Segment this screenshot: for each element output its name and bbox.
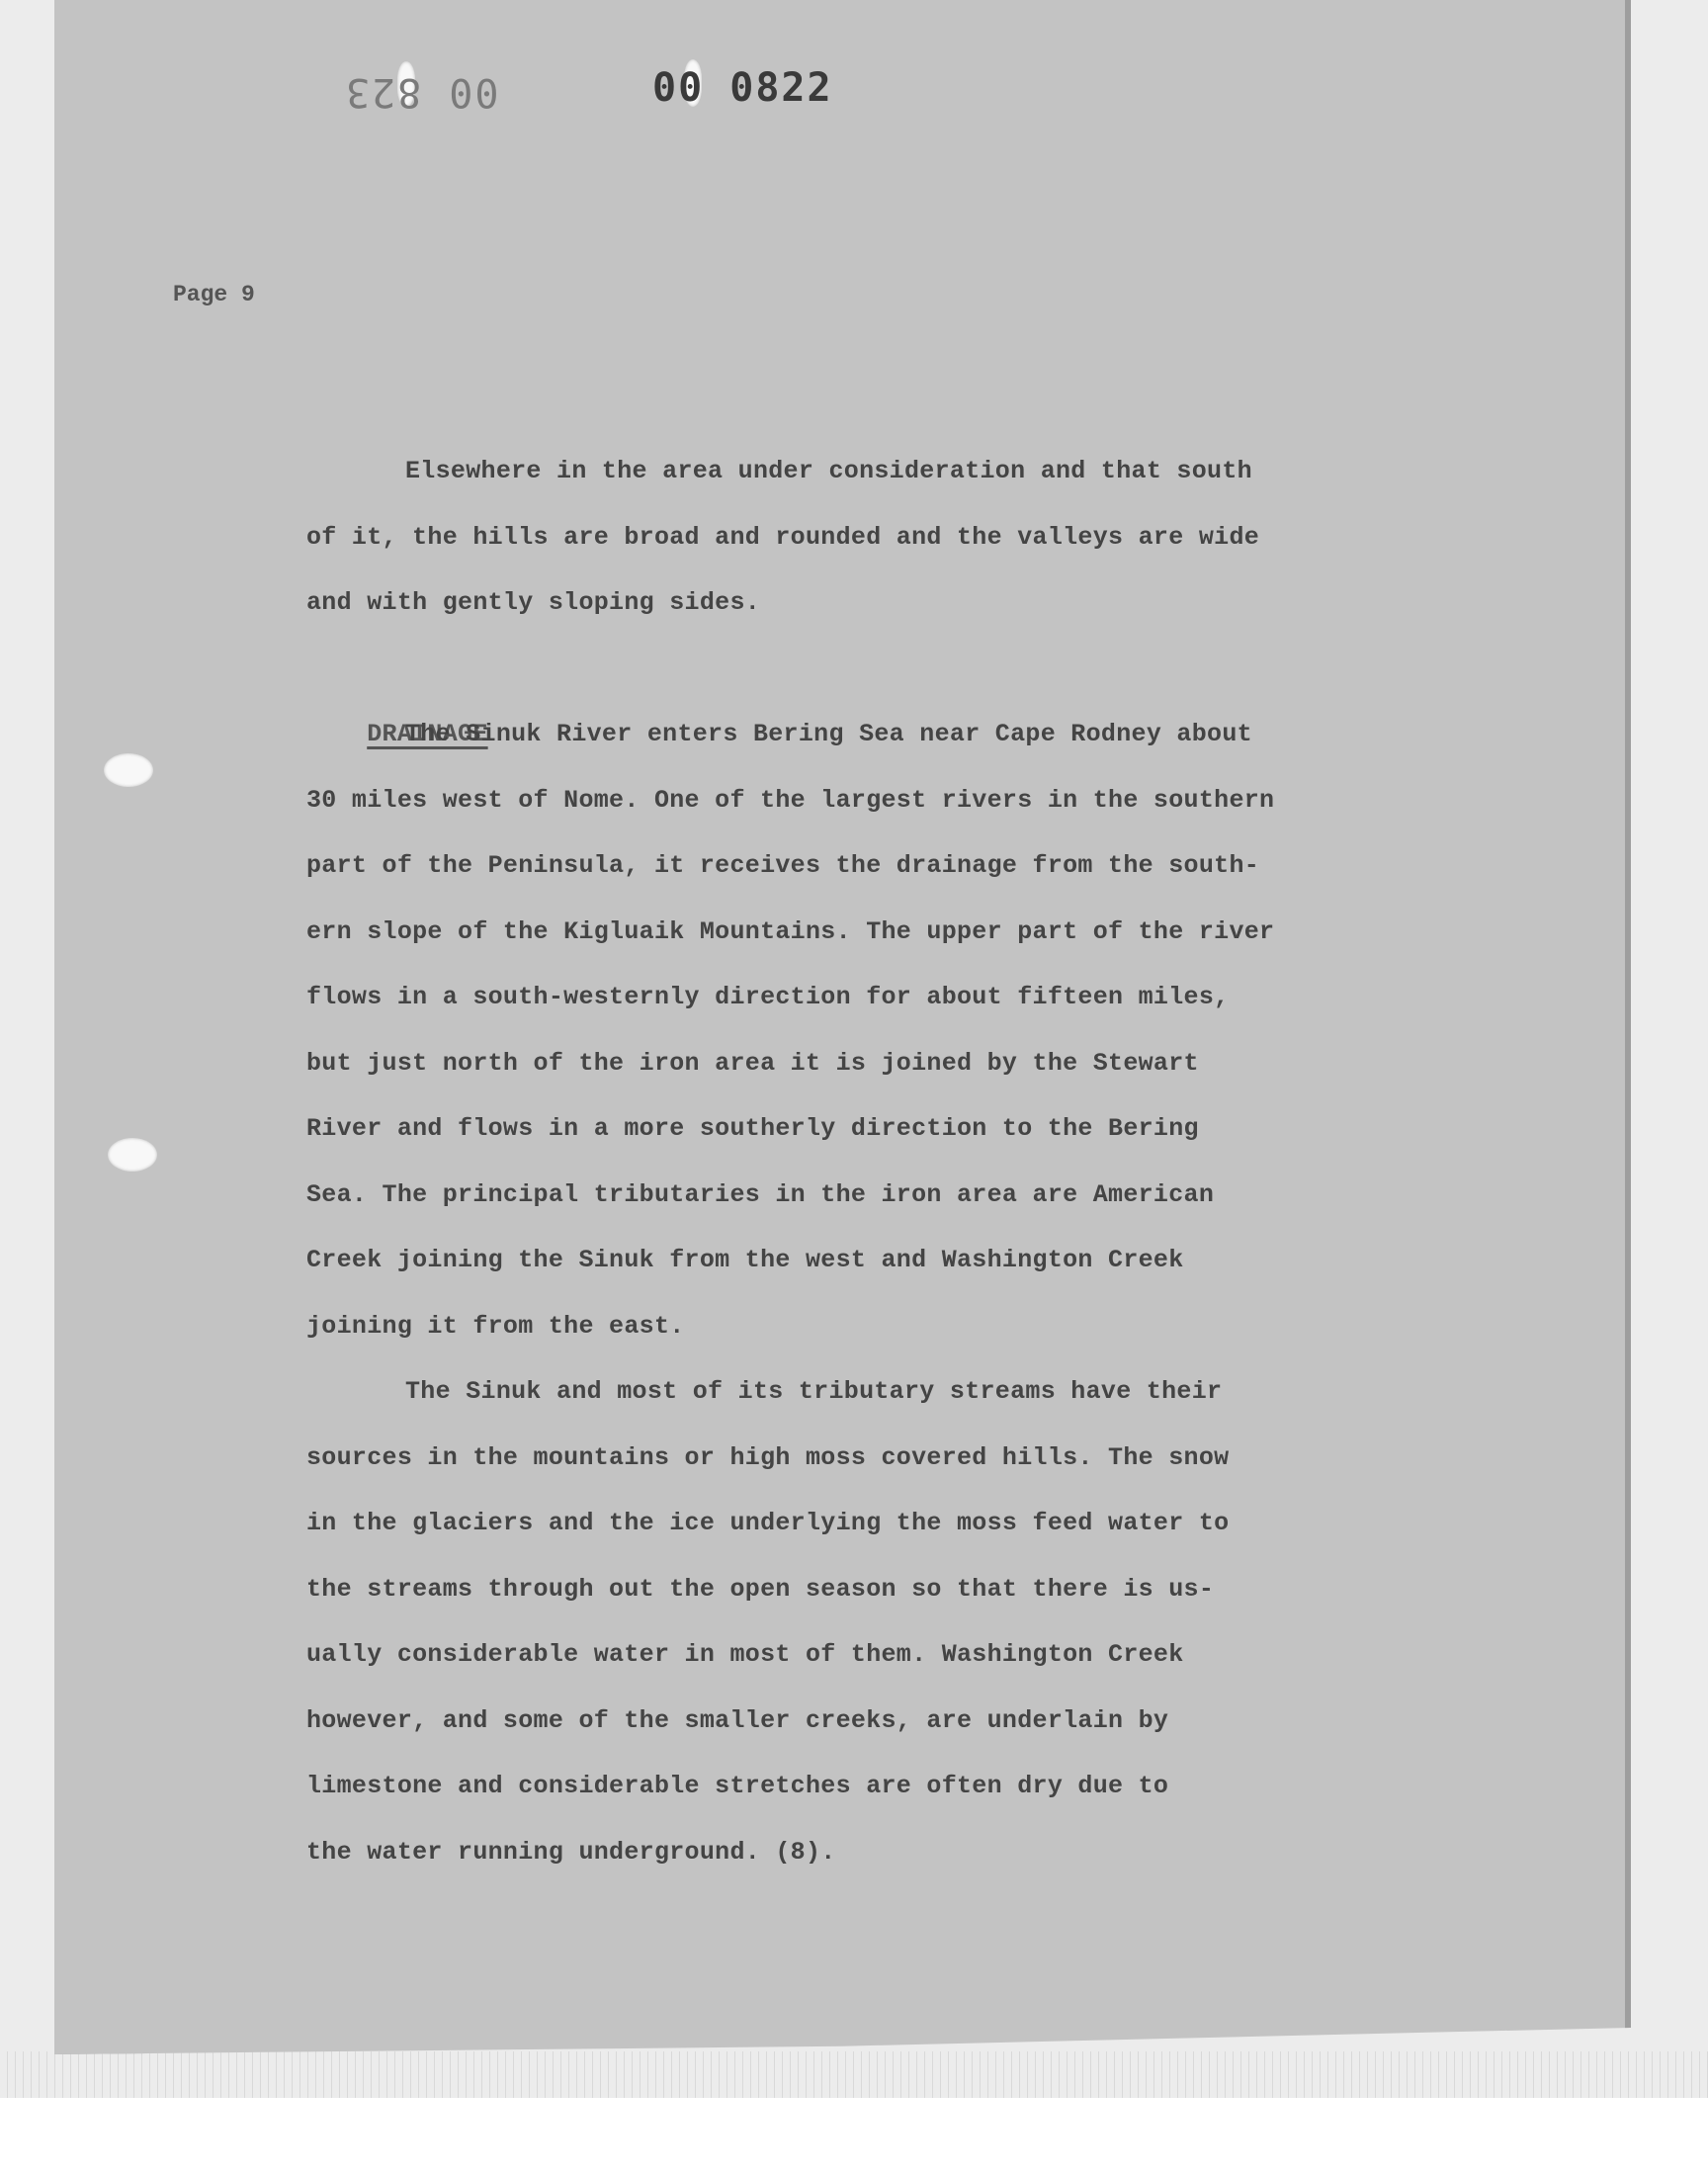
- text-line: part of the Peninsula, it receives the d…: [306, 833, 1404, 900]
- text-line: The Sinuk River enters Bering Sea near C…: [306, 702, 1404, 768]
- text-line: of it, the hills are broad and rounded a…: [306, 505, 1404, 571]
- document-number-stamp: 00 0822: [652, 65, 833, 111]
- text-line: ern slope of the Kigluaik Mountains. The…: [306, 900, 1404, 966]
- paragraph-tributary-sources: The Sinuk and most of its tributary stre…: [306, 1359, 1404, 1885]
- text-line: the water running underground. (8).: [306, 1820, 1404, 1886]
- text-line: flows in a south-westernly direction for…: [306, 965, 1404, 1031]
- text-line: ually considerable water in most of them…: [306, 1622, 1404, 1689]
- scanner-streaks: [0, 2051, 1708, 2098]
- paragraph-elsewhere: Elsewhere in the area under consideratio…: [306, 439, 1404, 637]
- text-line: sources in the mountains or high moss co…: [306, 1426, 1404, 1492]
- text-line: 30 miles west of Nome. One of the larges…: [306, 768, 1404, 834]
- text-line: however, and some of the smaller creeks,…: [306, 1689, 1404, 1755]
- page-number: Page 9: [173, 282, 255, 307]
- text-line: in the glaciers and the ice underlying t…: [306, 1491, 1404, 1557]
- text-line: joining it from the east.: [306, 1294, 1404, 1360]
- document-body: Elsewhere in the area under consideratio…: [306, 439, 1404, 1885]
- text-line: Creek joining the Sinuk from the west an…: [306, 1228, 1404, 1294]
- section-heading-row: DRAINAGE: [306, 637, 1404, 703]
- paragraph-sinuk-river: The Sinuk River enters Bering Sea near C…: [306, 702, 1404, 1359]
- text-line: Sea. The principal tributaries in the ir…: [306, 1163, 1404, 1229]
- text-line: Elsewhere in the area under consideratio…: [306, 439, 1404, 505]
- text-line: limestone and considerable stretches are…: [306, 1754, 1404, 1820]
- punch-hole-left-upper: [104, 753, 153, 787]
- bleed-through-document-number: 00 823: [344, 69, 499, 115]
- text-line: The Sinuk and most of its tributary stre…: [306, 1359, 1404, 1426]
- text-line: and with gently sloping sides.: [306, 570, 1404, 637]
- text-line: but just north of the iron area it is jo…: [306, 1031, 1404, 1097]
- text-line: River and flows in a more southerly dire…: [306, 1096, 1404, 1163]
- text-line: the streams through out the open season …: [306, 1557, 1404, 1623]
- punch-hole-left-lower: [108, 1138, 157, 1172]
